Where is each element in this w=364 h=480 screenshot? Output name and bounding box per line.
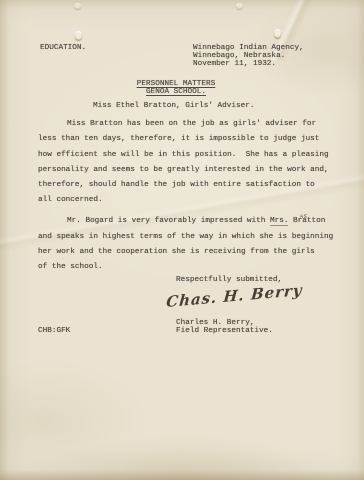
agency-line: Winnebago Indian Agency,: [193, 44, 304, 52]
body-line: her work and the cooperation she is rece…: [38, 245, 350, 260]
reference-initials: CHB:GFK: [38, 327, 70, 335]
body-line: of the school.: [38, 260, 350, 275]
letter-body: Miss Bratton has been on the job as girl…: [38, 117, 350, 275]
body-line: and speaks in highest terms of the way i…: [38, 230, 350, 245]
fastener-hole-left: [75, 31, 82, 40]
subject-line-2: GENOA SCHOOL.: [0, 88, 358, 96]
handwritten-correction: ss: [270, 209, 308, 229]
fastener-mark-top-left: [74, 3, 81, 9]
agency-address-block: Winnebago Indian Agency, Winnebago, Nebr…: [193, 44, 304, 69]
body-line: less than ten days, therefore, it is imp…: [38, 132, 350, 147]
fastener-mark-top-right: [236, 3, 243, 9]
body-line-with-correction: Mr. Bogard is very favorably impressed w…: [38, 214, 350, 229]
body-line: therefore, should handle the job with en…: [38, 178, 350, 193]
body-line: Miss Bratton has been on the job as girl…: [38, 117, 350, 132]
body-line: personality and seems to be greatly inte…: [38, 163, 350, 178]
paragraph-1: Miss Bratton has been on the job as girl…: [38, 117, 350, 209]
body-line: how efficient she will be in this positi…: [38, 148, 350, 163]
regarding-line: Miss Ethel Bratton, Girls' Adviser.: [93, 102, 254, 110]
body-line-segment: Mr. Bogard is very favorably impressed w…: [67, 217, 270, 225]
subject-heading: PERSONNEL MATTERS GENOA SCHOOL.: [0, 80, 358, 97]
paragraph-2: Mr. Bogard is very favorably impressed w…: [38, 214, 350, 275]
fastener-hole-right: [274, 29, 281, 38]
signature-block: Respectfully submitted, Chas. H. Berry C…: [176, 276, 351, 346]
handwritten-signature: Chas. H. Berry: [165, 281, 303, 311]
classification-label: EDUCATION.: [40, 44, 86, 52]
body-line: all concerned.: [38, 193, 350, 208]
typewritten-letter-page: EDUCATION. Winnebago Indian Agency, Winn…: [0, 0, 364, 480]
corrected-word: ssMrs.: [270, 217, 288, 226]
signer-title: Field Representative.: [176, 327, 273, 336]
date-line: November 11, 1932.: [193, 60, 304, 68]
